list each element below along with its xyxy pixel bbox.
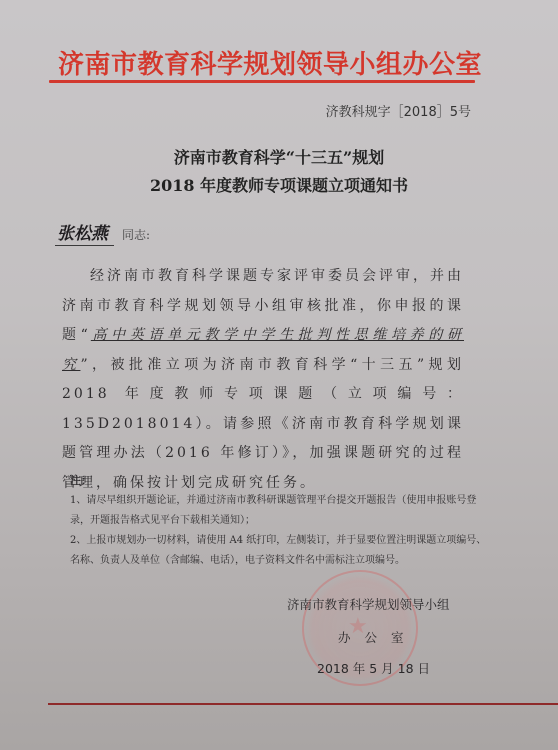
- notes-section: 注： 1、请尽早组织开题论证，并通过济南市教科研课题管理平台提交开题报告（使用申…: [70, 471, 490, 571]
- note-item-2: 2、上报市规划办一切材料，请使用 A4 纸打印，左侧装订，并于显要位置注明课题立…: [70, 531, 490, 571]
- notice-document: 济南市教育科学规划领导小组办公室 济教科规字［2018］5号 济南市教育科学“十…: [0, 0, 558, 750]
- signature-org: 济南市教育科学规划领导小组: [287, 595, 500, 613]
- body-paragraph: 经济南市教育科学课题专家评审委员会评审，并由济南市教育科学规划领导小组审核批准，…: [62, 262, 464, 498]
- footer-rule: [48, 703, 558, 705]
- signature-office: 办公室: [338, 628, 500, 646]
- salutation-suffix: 同志:: [122, 228, 150, 242]
- recipient-name: 张松燕: [55, 219, 114, 246]
- note-item-1: 1、请尽早组织开题论证，并通过济南市教科研课题管理平台提交开题报告（使用申报账号…: [70, 491, 490, 531]
- letterhead-rule: [49, 80, 475, 83]
- salutation: 张松燕同志:: [55, 219, 150, 246]
- document-title-line1: 济南市教育科学“十三五”规划: [0, 145, 558, 168]
- notes-label: 注：: [70, 471, 490, 491]
- document-number: 济教科规字［2018］5号: [326, 101, 471, 120]
- document-title-line2: 2018 年度教师专项课题立项通知书: [0, 173, 558, 196]
- signature-block: 济南市教育科学规划领导小组 办公室 2018 年 5 月 18 日: [280, 595, 500, 677]
- signature-date: 2018 年 5 月 18 日: [317, 659, 500, 677]
- letterhead-title: 济南市教育科学规划领导小组办公室: [50, 44, 490, 81]
